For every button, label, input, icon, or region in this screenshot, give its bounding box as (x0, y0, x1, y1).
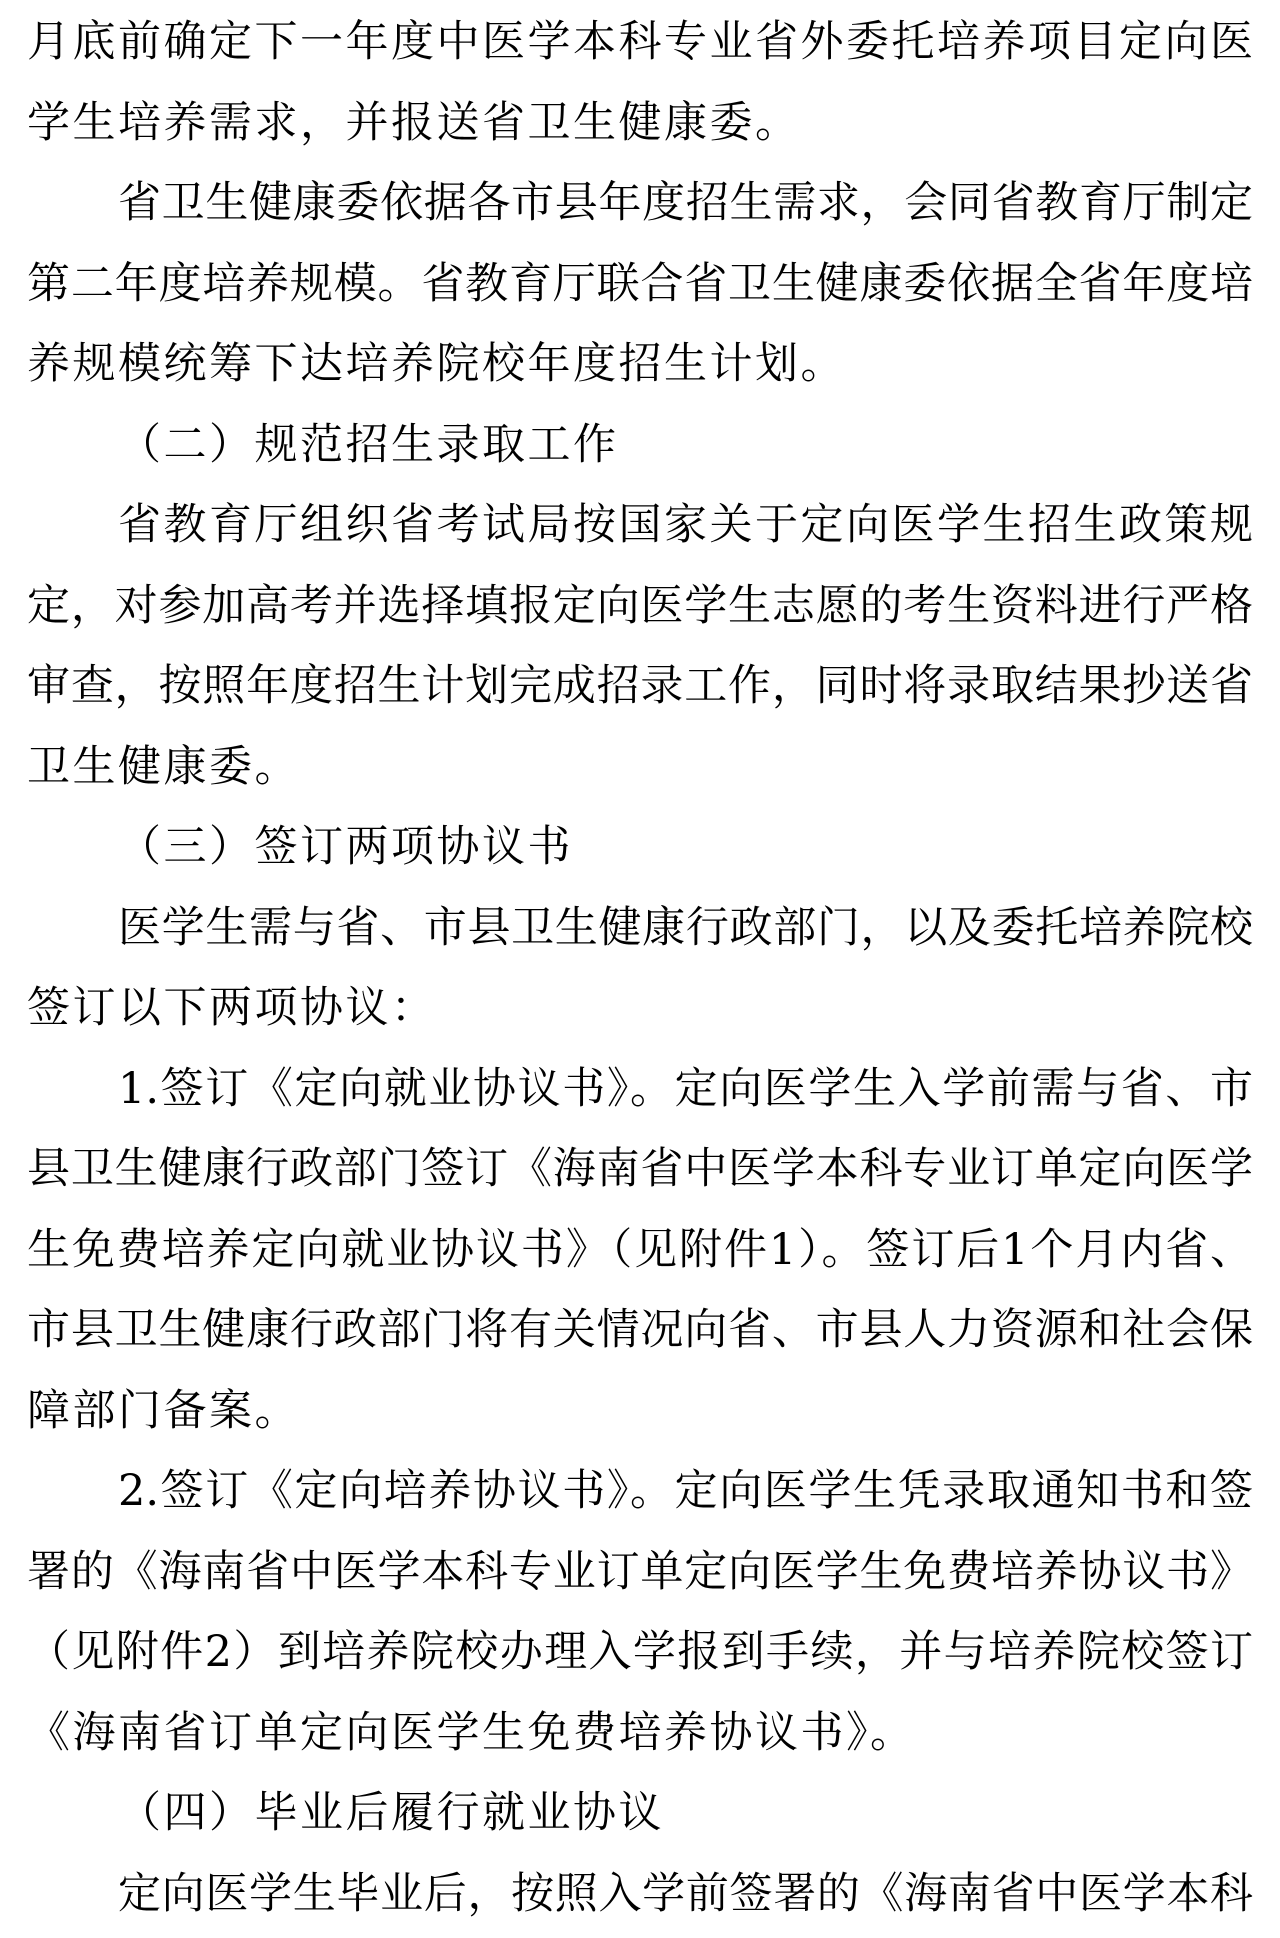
text-line: 省卫生健康委依据各市县年度招生需求，会同省教育厅制定 (27, 163, 1253, 244)
text-line: 《海南省订单定向医学生免费培养协议书》。 (27, 1693, 1253, 1774)
text-line: 障部门备案。 (27, 1371, 1253, 1452)
text-line: 审查，按照年度招生计划完成招录工作，同时将录取结果抄送省 (27, 646, 1253, 727)
text-line: 月底前确定下一年度中医学本科专业省外委托培养项目定向医 (27, 2, 1253, 83)
text-line: 养规模统筹下达培养院校年度招生计划。 (27, 324, 1253, 405)
document-page: 月底前确定下一年度中医学本科专业省外委托培养项目定向医学生培养需求，并报送省卫生… (0, 0, 1280, 1938)
text-line: （三）签订两项协议书 (27, 807, 1253, 888)
text-line: 学生培养需求，并报送省卫生健康委。 (27, 83, 1253, 164)
text-line: 定，对参加高考并选择填报定向医学生志愿的考生资料进行严格 (27, 566, 1253, 647)
text-line: 2.签订《定向培养协议书》。定向医学生凭录取通知书和签 (27, 1451, 1253, 1532)
text-line: 第二年度培养规模。省教育厅联合省卫生健康委依据全省年度培 (27, 244, 1253, 325)
text-line: 省教育厅组织省考试局按国家关于定向医学生招生政策规 (27, 485, 1253, 566)
text-line: （见附件2）到培养院校办理入学报到手续，并与培养院校签订 (27, 1612, 1253, 1693)
text-line: 市县卫生健康行政部门将有关情况向省、市县人力资源和社会保 (27, 1290, 1253, 1371)
text-line: 医学生需与省、市县卫生健康行政部门，以及委托培养院校 (27, 888, 1253, 969)
text-line: 署的《海南省中医学本科专业订单定向医学生免费培养协议书》 (27, 1532, 1253, 1613)
text-line: 生免费培养定向就业协议书》（见附件1）。签订后1个月内省、 (27, 1210, 1253, 1291)
text-line: 1.签订《定向就业协议书》。定向医学生入学前需与省、市 (27, 1049, 1253, 1130)
text-line: （四）毕业后履行就业协议 (27, 1773, 1253, 1854)
text-line: 定向医学生毕业后，按照入学前签署的《海南省中医学本科 (27, 1854, 1253, 1935)
text-line: （二）规范招生录取工作 (27, 405, 1253, 486)
text-line: 卫生健康委。 (27, 727, 1253, 808)
text-line: 签订以下两项协议： (27, 968, 1253, 1049)
text-line: 县卫生健康行政部门签订《海南省中医学本科专业订单定向医学 (27, 1129, 1253, 1210)
